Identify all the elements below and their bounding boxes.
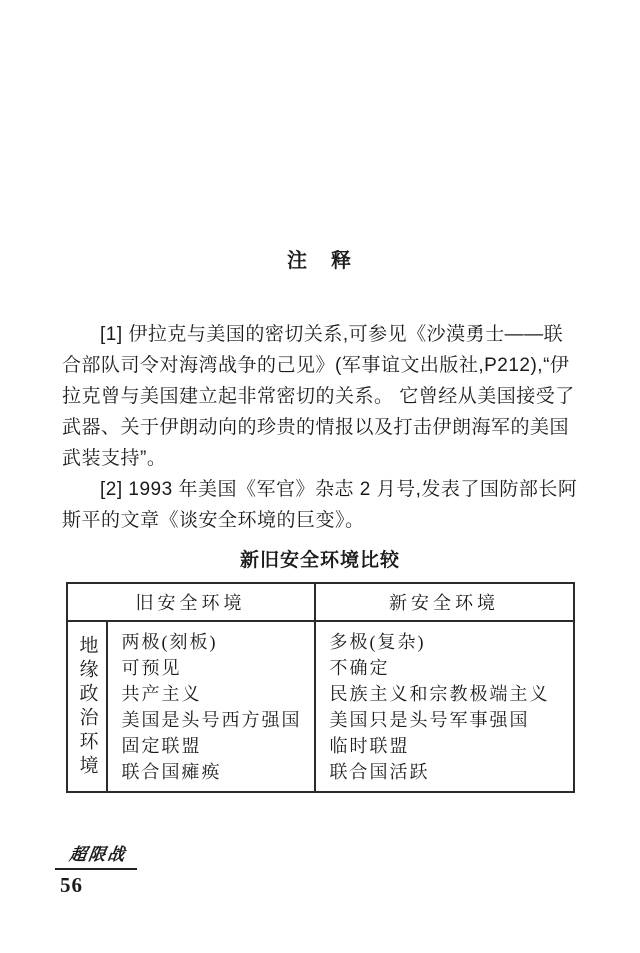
book-page: 注 释 [1] 伊拉克与美国的密切关系,可参见《沙漠勇士——联 合部队司令对海湾… bbox=[0, 0, 640, 953]
old-env-item: 联合国瘫痪 bbox=[122, 759, 310, 785]
notes-section: [1] 伊拉克与美国的密切关系,可参见《沙漠勇士——联 合部队司令对海湾战争的己… bbox=[62, 319, 578, 536]
note-paragraph-2: [2] 1993 年美国《军官》杂志 2 月号,发表了国防部长阿 斯平的文章《谈… bbox=[62, 474, 578, 536]
old-env-item: 固定联盟 bbox=[122, 733, 310, 759]
new-env-item: 临时联盟 bbox=[330, 733, 569, 759]
page-number: 56 bbox=[60, 873, 137, 898]
new-env-item: 民族主义和宗教极端主义 bbox=[330, 681, 569, 707]
note-line: [2] 1993 年美国《军官》杂志 2 月号,发表了国防部长阿 bbox=[62, 474, 578, 505]
old-env-item: 两极(刻板) bbox=[122, 629, 310, 655]
book-logo: 超限战 bbox=[68, 840, 141, 865]
comparison-table: 旧安全环境 新安全环境 地缘政治环境 两极(刻板) 可预见 共产主义 美国是头号… bbox=[66, 582, 575, 793]
new-environment-column: 多极(复杂) 不确定 民族主义和宗教极端主义 美国只是头号军事强国 临时联盟 联… bbox=[316, 622, 573, 791]
note-line: [1] 伊拉克与美国的密切关系,可参见《沙漠勇士——联 bbox=[62, 319, 578, 350]
old-env-item: 可预见 bbox=[122, 655, 310, 681]
note-line: 合部队司令对海湾战争的己见》(军事谊文出版社,P212),“伊 bbox=[62, 350, 578, 381]
comparison-table-title: 新旧安全环境比较 bbox=[62, 545, 578, 572]
note-line: 武器、关于伊朗动向的珍贵的情报以及打击伊朗海军的美国 bbox=[62, 412, 578, 443]
footer-divider bbox=[55, 868, 137, 870]
row-group-label-text: 地缘政治环境 bbox=[67, 635, 107, 779]
note-line: 斯平的文章《谈安全环境的巨变》。 bbox=[62, 505, 578, 536]
table-header-old-environment: 旧安全环境 bbox=[68, 584, 316, 622]
note-paragraph-1: [1] 伊拉克与美国的密切关系,可参见《沙漠勇士——联 合部队司令对海湾战争的己… bbox=[62, 319, 578, 474]
note-line: 武装支持”。 bbox=[62, 443, 578, 474]
old-env-item: 共产主义 bbox=[122, 681, 310, 707]
page-footer: 超限战 56 bbox=[0, 840, 137, 898]
page-content: 注 释 [1] 伊拉克与美国的密切关系,可参见《沙漠勇士——联 合部队司令对海湾… bbox=[0, 244, 640, 793]
new-env-item: 联合国活跃 bbox=[330, 759, 569, 785]
old-env-item: 美国是头号西方强国 bbox=[122, 707, 310, 733]
new-env-item: 多极(复杂) bbox=[330, 629, 569, 655]
page-title: 注 释 bbox=[62, 244, 578, 273]
new-env-item: 美国只是头号军事强国 bbox=[330, 707, 569, 733]
table-header-new-environment: 新安全环境 bbox=[316, 584, 573, 622]
new-env-item: 不确定 bbox=[330, 655, 569, 681]
old-environment-column: 两极(刻板) 可预见 共产主义 美国是头号西方强国 固定联盟 联合国瘫痪 bbox=[108, 622, 316, 791]
row-group-label-geopolitical: 地缘政治环境 bbox=[68, 622, 108, 791]
note-line: 拉克曾与美国建立起非常密切的关系。 它曾经从美国接受了 bbox=[62, 381, 578, 412]
